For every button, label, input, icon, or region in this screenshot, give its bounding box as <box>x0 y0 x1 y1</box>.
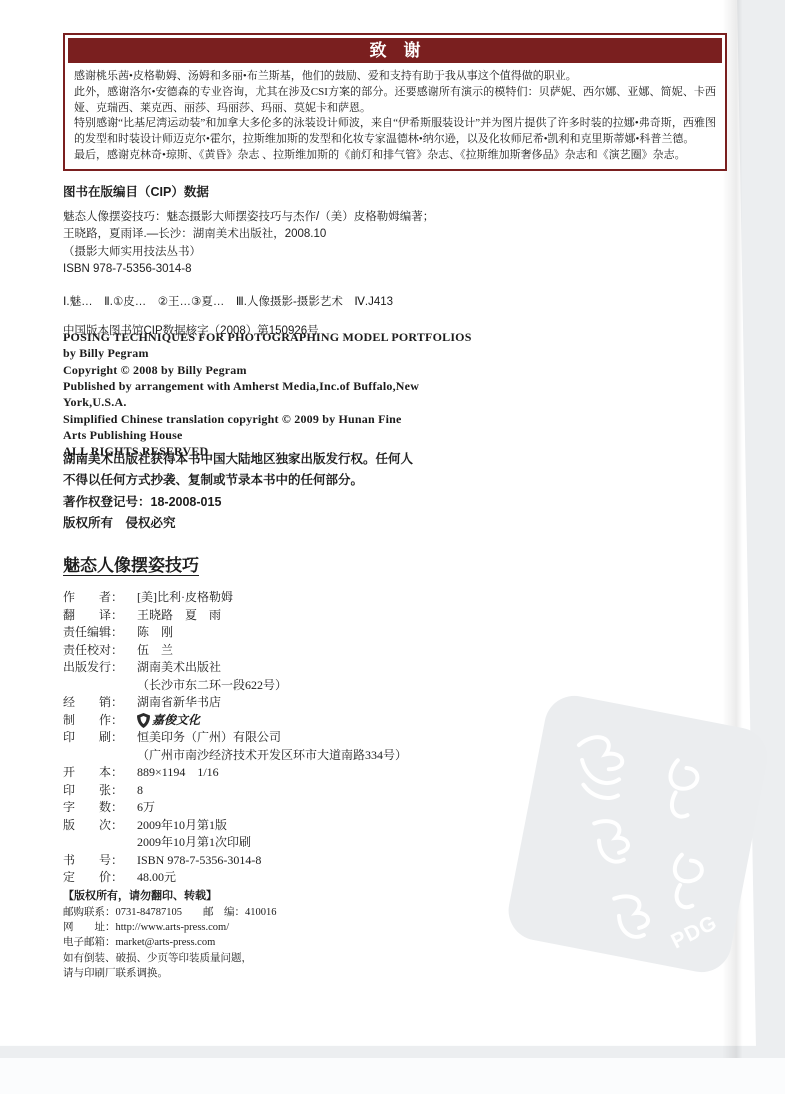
row-value: 2009年10月第1版 <box>137 817 533 835</box>
row-label: 开 本： <box>63 764 137 782</box>
row-value: 湖南省新华书店 <box>137 694 533 712</box>
row-label: 出版发行： <box>63 659 137 677</box>
row-label: 书 号： <box>63 852 137 870</box>
row-label: 字 数： <box>63 799 137 817</box>
notice-heading: 【版权所有，请勿翻印、转载】 <box>63 889 393 905</box>
acknowledgments-body: 感谢桃乐茜•皮格勒姆、汤姆和多丽•布兰斯基，他们的鼓励、爱和支持有助于我从事这个… <box>65 66 725 164</box>
cip-line: 魅态人像摆姿技巧：魅态摄影大师摆姿技巧与杰作/（美）皮格勒姆编著； <box>63 209 538 226</box>
row-label: 作 者： <box>63 589 137 607</box>
colophon-row-editor: 责任编辑： 陈 刚 <box>63 624 533 642</box>
cip-classification: Ⅰ.魅… Ⅱ.①皮… ②王…③夏… Ⅲ.人像摄影-摄影艺术 Ⅳ.J413 <box>63 293 538 309</box>
copyright-line: Copyright © 2008 by Billy Pegram <box>63 362 533 378</box>
scan-background-bottom <box>0 1058 785 1094</box>
colophon-row-sheets: 印 张： 8 <box>63 782 533 800</box>
acknowledgments-paragraph: 最后，感谢克林奇•琼斯、《黄昏》杂志 、拉斯维加斯的《前灯和排气管》杂志、《拉斯… <box>74 148 716 164</box>
copyright-line: York,U.S.A. <box>63 394 533 410</box>
row-value: 48.00元 <box>137 869 533 887</box>
row-label: 翻 译： <box>63 607 137 625</box>
cip-line: ISBN 978-7-5356-3014-8 <box>63 261 538 278</box>
colophon-row-translator: 翻 译： 王晓路 夏 雨 <box>63 607 533 625</box>
row-label: 制 作： <box>63 712 137 730</box>
acknowledgments-paragraph: 特别感谢“比基尼湾运动装”和加拿大多伦多的泳装设计师波，来自“伊希斯服装设计”并… <box>74 116 716 148</box>
colophon-row-edition: 版 次： 2009年10月第1版 <box>63 817 533 835</box>
copyright-line: Published by arrangement with Amherst Me… <box>63 378 533 394</box>
row-value: 889×1194 1/16 <box>137 764 533 782</box>
copyright-line: Arts Publishing House <box>63 427 533 443</box>
colophon-row-production: 制 作： 嘉俊文化 <box>63 712 533 730</box>
colophon-rows: 作 者： [美]比利·皮格勒姆 翻 译： 王晓路 夏 雨 责任编辑： 陈 刚 责… <box>63 589 533 887</box>
row-value: 恒美印务（广州）有限公司 <box>137 729 533 747</box>
colophon-row-isbn: 书 号： ISBN 978-7-5356-3014-8 <box>63 852 533 870</box>
acknowledgments-box: 致 谢 感谢桃乐茜•皮格勒姆、汤姆和多丽•布兰斯基，他们的鼓励、爱和支持有助于我… <box>63 33 727 171</box>
shield-icon <box>137 713 150 728</box>
rights-line: 不得以任何方式抄袭、复制或节录本书中的任何部分。 <box>63 470 543 491</box>
acknowledgments-title: 致 谢 <box>68 38 722 63</box>
cip-line: 王晓路，夏雨译.—长沙：湖南美术出版社，2008.10 <box>63 226 538 243</box>
row-value: 6万 <box>137 799 533 817</box>
row-value: 王晓路 夏 雨 <box>137 607 533 625</box>
contact-notice-section: 【版权所有，请勿翻印、转载】 邮购联系：0731-84787105 邮 编：41… <box>63 889 393 981</box>
row-label: 责任校对： <box>63 642 137 660</box>
row-value: 伍 兰 <box>137 642 533 660</box>
row-label: 定 价： <box>63 869 137 887</box>
rights-line: 著作权登记号：18-2008-015 <box>63 492 543 513</box>
printing-info: 2009年10月第1次印刷 <box>137 834 533 852</box>
row-value: ISBN 978-7-5356-3014-8 <box>137 852 533 870</box>
copyright-line: POSING TECHNIQUES FOR PHOTOGRAPHING MODE… <box>63 329 533 345</box>
colophon-section: 魅态人像摆姿技巧 作 者： [美]比利·皮格勒姆 翻 译： 王晓路 夏 雨 责任… <box>63 551 533 887</box>
book-title: 魅态人像摆姿技巧 <box>63 551 199 576</box>
row-value: 8 <box>137 782 533 800</box>
cip-heading: 图书在版编目（CIP）数据 <box>63 182 538 200</box>
rights-line: 版权所有 侵权必究 <box>63 513 543 534</box>
row-label: 责任编辑： <box>63 624 137 642</box>
notice-line: 邮购联系：0731-84787105 邮 编：410016 <box>63 905 393 920</box>
notice-line: 电子邮箱：market@arts-press.com <box>63 935 393 950</box>
colophon-row-wordcount: 字 数： 6万 <box>63 799 533 817</box>
colophon-row-author: 作 者： [美]比利·皮格勒姆 <box>63 589 533 607</box>
rights-line: 湖南美术出版社获得本书中国大陆地区独家出版发行权。任何人 <box>63 449 543 470</box>
row-value: 湖南美术出版社 <box>137 659 533 677</box>
row-label: 印 张： <box>63 782 137 800</box>
row-value: 陈 刚 <box>137 624 533 642</box>
colophon-row-distributor: 经 销： 湖南省新华书店 <box>63 694 533 712</box>
notice-line: 如有倒装、破损、少页等印装质量问题， <box>63 951 393 966</box>
printer-address: （广州市南沙经济技术开发区环市大道南路334号） <box>137 747 533 765</box>
row-value: [美]比利·皮格勒姆 <box>137 589 533 607</box>
acknowledgments-paragraph: 此外，感谢洛尔•安德森的专业咨询，尤其在涉及CSI方案的部分。还要感谢所有演示的… <box>74 85 716 117</box>
colophon-row-proofreader: 责任校对： 伍 兰 <box>63 642 533 660</box>
publisher-address: （长沙市东二环一段622号） <box>137 677 533 695</box>
colophon-row-format: 开 本： 889×1194 1/16 <box>63 764 533 782</box>
cip-line: （摄影大师实用技法丛书） <box>63 244 538 261</box>
colophon-row-price: 定 价： 48.00元 <box>63 869 533 887</box>
cip-section: 图书在版编目（CIP）数据 魅态人像摆姿技巧：魅态摄影大师摆姿技巧与杰作/（美）… <box>63 182 538 338</box>
notice-line: 请与印刷厂联系调换。 <box>63 966 393 981</box>
chinese-rights-section: 湖南美术出版社获得本书中国大陆地区独家出版发行权。任何人 不得以任何方式抄袭、复… <box>63 449 543 534</box>
row-label: 印 刷： <box>63 729 137 747</box>
production-logo-text: 嘉俊文化 <box>152 712 200 730</box>
english-copyright-section: POSING TECHNIQUES FOR PHOTOGRAPHING MODE… <box>63 329 533 460</box>
copyright-line: by Billy Pegram <box>63 345 533 361</box>
notice-line: 网 址：http://www.arts-press.com/ <box>63 920 393 935</box>
row-label: 版 次： <box>63 817 137 835</box>
colophon-row-publisher: 出版发行： 湖南美术出版社 <box>63 659 533 677</box>
watermark-blob: PDG <box>503 691 772 978</box>
colophon-row-printer: 印 刷： 恒美印务（广州）有限公司 <box>63 729 533 747</box>
copyright-line: Simplified Chinese translation copyright… <box>63 411 533 427</box>
row-label: 经 销： <box>63 694 137 712</box>
production-logo: 嘉俊文化 <box>137 712 533 730</box>
acknowledgments-paragraph: 感谢桃乐茜•皮格勒姆、汤姆和多丽•布兰斯基，他们的鼓励、爱和支持有助于我从事这个… <box>74 69 716 85</box>
